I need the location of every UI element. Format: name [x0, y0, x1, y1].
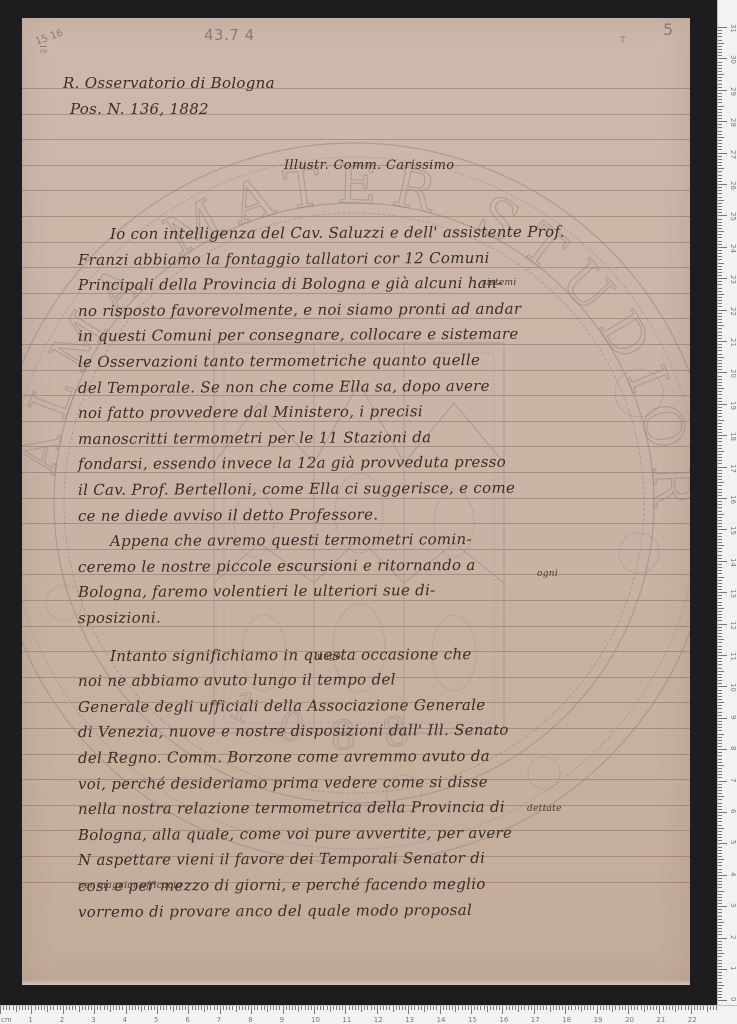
ruler-label: 8 [729, 746, 737, 750]
ruler-tick [718, 633, 722, 634]
ruler-tick [66, 1006, 67, 1010]
ruler-tick [192, 1006, 193, 1010]
ruler-tick [718, 825, 722, 826]
ruler-tick [718, 875, 727, 876]
ruler-tick [195, 1006, 196, 1010]
ruler-tick [590, 1006, 591, 1010]
ruler-tick [718, 140, 722, 141]
ruler-tick [718, 489, 722, 490]
ruler-tick [104, 1006, 105, 1010]
ruler-tick [656, 1006, 657, 1010]
ruler-tick [718, 369, 722, 370]
ruler-tick [718, 244, 722, 245]
ruler-label: 16 [499, 1016, 508, 1024]
ruler-tick [718, 831, 722, 832]
ruler-tick [718, 401, 722, 402]
ruler-tick [314, 1006, 315, 1014]
ruler-tick [718, 919, 722, 920]
ruler-tick [718, 705, 722, 706]
ruler-tick [718, 809, 722, 810]
ruler-tick [320, 1006, 321, 1010]
ruler-tick [718, 724, 722, 725]
ruler-tick [399, 1006, 400, 1010]
ruler-tick [515, 1006, 516, 1010]
ruler-label: 20 [729, 369, 737, 378]
ruler-label: 31 [729, 24, 737, 33]
ruler-tick [718, 737, 722, 738]
ruler-tick [94, 1006, 95, 1014]
ruler-tick [509, 1006, 510, 1010]
ruler-tick [718, 768, 722, 769]
ruler-tick [718, 231, 724, 232]
ruler-tick [718, 171, 722, 172]
ruler-tick [283, 1006, 284, 1014]
letter-body-line: vorremo di provare anco del quale modo p… [78, 901, 472, 921]
ruler-tick [718, 190, 722, 191]
ruler-tick [587, 1006, 588, 1010]
ruler-label: 11 [342, 1016, 351, 1024]
ruler-tick [718, 658, 722, 659]
ruler-tick [531, 1006, 532, 1010]
ruler-label: 17 [729, 464, 737, 473]
ruled-line [22, 190, 690, 191]
ruler-tick [718, 65, 722, 66]
ruler-tick [518, 1006, 519, 1012]
ruler-tick [718, 815, 722, 816]
ruler-tick [718, 931, 722, 932]
ruler-tick [718, 206, 722, 207]
ruler-tick [718, 482, 724, 483]
ruler-tick [718, 749, 727, 750]
letter-body-line: Io con intelligenza del Cav. Saluzzi e d… [110, 223, 565, 243]
ruler-tick [718, 385, 722, 386]
ruler-tick [718, 121, 727, 122]
ruler-tick [718, 592, 727, 593]
ruler-tick [718, 699, 722, 700]
ruler-tick [718, 143, 722, 144]
ruler-tick [718, 818, 722, 819]
ruler-tick [718, 934, 722, 935]
corner-mark: T [620, 36, 626, 46]
ruler-tick [718, 985, 724, 986]
ruler-tick [201, 1006, 202, 1010]
ruler-tick [628, 1006, 629, 1014]
ruler-tick [718, 906, 727, 907]
ruler-tick [396, 1006, 397, 1010]
ruler-tick [718, 690, 722, 691]
ruler-tick [154, 1006, 155, 1010]
ruler-tick [718, 344, 722, 345]
ruler-tick [116, 1006, 117, 1010]
ruler-label: 4 [729, 872, 737, 876]
ruler-tick [718, 580, 722, 581]
ruler-tick [718, 727, 722, 728]
ruler-tick [286, 1006, 287, 1010]
ruler-tick [718, 982, 722, 983]
document-viewer: ALMA MATER STUDIORUM · BOLOGNA 1088 15 1… [0, 0, 737, 1024]
ruler-tick [132, 1006, 133, 1010]
letter-body-line: Principali della Provincia di Bologna e … [78, 274, 502, 294]
ruler-tick [718, 994, 722, 995]
ruler-label: 2 [729, 935, 737, 939]
ruler-tick [122, 1006, 123, 1010]
ruler-tick [718, 319, 722, 320]
ruler-tick [718, 404, 727, 405]
ruler-tick [718, 602, 722, 603]
ruler-label: 7 [217, 1016, 221, 1024]
ruler-tick [718, 237, 722, 238]
ruler-tick [718, 388, 724, 389]
ruler-tick [718, 784, 722, 785]
ruler-tick [718, 520, 722, 521]
ruler-tick [718, 746, 722, 747]
ruler-tick [264, 1006, 265, 1010]
ruler-tick [430, 1006, 431, 1010]
ruler-tick [718, 366, 722, 367]
ruler-tick [707, 1006, 708, 1012]
ruler-tick [718, 963, 722, 964]
ruler-tick [718, 310, 727, 311]
ruler-tick [718, 241, 722, 242]
ruler-tick [19, 1006, 20, 1010]
ruler-tick [718, 912, 722, 913]
ruler-tick [79, 1006, 80, 1012]
ruler-tick [718, 448, 722, 449]
ruler-tick [72, 1006, 73, 1010]
ruler-tick [477, 1006, 478, 1010]
ruler-tick [710, 1006, 711, 1010]
ruler-tick [534, 1006, 535, 1014]
ruler-tick [718, 313, 722, 314]
ruler-tick [718, 175, 722, 176]
ruler-tick [718, 664, 722, 665]
ruler-tick [718, 790, 722, 791]
ruler-tick [718, 137, 724, 138]
ruler-tick [718, 539, 722, 540]
ruler-tick [718, 755, 722, 756]
ruler-tick [528, 1006, 529, 1010]
ruler-tick [718, 953, 724, 954]
ruler-tick [223, 1006, 224, 1010]
ruler-tick [273, 1006, 274, 1010]
fraction-sub-annotation: no [40, 46, 47, 55]
ruler-label: 1 [729, 966, 737, 970]
ruler-tick [279, 1006, 280, 1010]
ruler-tick [718, 925, 722, 926]
letter-body-line: del Regno. Comm. Borzone come avremmo av… [78, 747, 490, 767]
ruler-label: 7 [729, 778, 737, 782]
ruler-tick [308, 1006, 309, 1010]
ruler-tick [718, 338, 722, 339]
ruler-tick [718, 799, 722, 800]
ruler-tick [718, 668, 722, 669]
ruler-tick [718, 1000, 727, 1001]
ruler-tick [389, 1006, 390, 1010]
ruler-tick [718, 297, 722, 298]
ruler-tick [718, 533, 722, 534]
ruler-label: 10 [311, 1016, 320, 1024]
ruler-tick [718, 564, 722, 565]
ruler-tick [480, 1006, 481, 1010]
interlinear-note: ogni [537, 569, 558, 579]
ruler-tick [53, 1006, 54, 1010]
ruler-tick [57, 1006, 58, 1010]
ruler-tick [718, 796, 724, 797]
ruler-tick [718, 159, 722, 160]
ruler-tick [718, 118, 722, 119]
ruler-tick [718, 900, 722, 901]
ruler-tick [170, 1006, 171, 1010]
ruler-tick [47, 1006, 48, 1012]
ruled-line [22, 139, 690, 140]
ruler-label: 3 [729, 903, 737, 907]
ruler-tick [126, 1006, 127, 1014]
ruler-tick [44, 1006, 45, 1010]
ruler-tick [295, 1006, 296, 1010]
letter-body-line: noi ne abbiamo avuto lungo il tempo del [78, 670, 396, 690]
ruler-tick [251, 1006, 252, 1014]
ruler-tick [718, 153, 727, 154]
ruler-tick [524, 1006, 525, 1010]
ruler-tick [207, 1006, 208, 1010]
ruler-tick [386, 1006, 387, 1010]
ruler-tick [718, 253, 722, 254]
ruler-tick [220, 1006, 221, 1014]
ruler-tick [718, 511, 722, 512]
ruler-label: 25 [729, 212, 737, 221]
ruler-tick [718, 624, 727, 625]
vertical-scale-ruler: 3130292827262524232221201918171615141312… [717, 0, 737, 1005]
ruler-tick [718, 300, 722, 301]
ruler-tick [718, 36, 722, 37]
ruler-tick [718, 843, 727, 844]
ruler-tick [718, 420, 724, 421]
ruler-tick [718, 956, 722, 957]
ruler-tick [718, 853, 722, 854]
ruler-tick [371, 1006, 372, 1010]
ruler-tick [217, 1006, 218, 1010]
page-number: 5 [663, 20, 673, 39]
ruler-tick [226, 1006, 227, 1010]
horizontal-scale-ruler: cm12345678910111213141516171819202122 [0, 1005, 737, 1024]
ruler-tick [718, 429, 722, 430]
ruler-tick [718, 492, 722, 493]
ruler-tick [556, 1006, 557, 1010]
letter-body-line: del Temporale. Se non che come Ella sa, … [78, 377, 490, 397]
ruler-tick [3, 1006, 4, 1010]
ruler-tick [358, 1006, 359, 1010]
ruler-tick [214, 1006, 215, 1010]
ruler-tick [166, 1006, 167, 1010]
ruler-label: 8 [248, 1016, 252, 1024]
ruler-tick [465, 1006, 466, 1010]
ruler-tick [718, 197, 722, 198]
ruler-tick [718, 423, 722, 424]
ruler-label: 29 [729, 87, 737, 96]
ruler-tick [718, 184, 727, 185]
ruler-tick [653, 1006, 654, 1010]
ruler-tick [349, 1006, 350, 1010]
interlinear-note: per maggior efficacia [78, 881, 182, 891]
fraction-annotation: 15 16 [34, 27, 65, 47]
ruler-tick [718, 181, 722, 182]
ruler-tick [718, 507, 722, 508]
ruler-tick [97, 1006, 98, 1010]
ruler-tick [718, 263, 724, 264]
ruler-tick [135, 1006, 136, 1010]
ruler-tick [449, 1006, 450, 1010]
ruler-tick [718, 407, 722, 408]
letter-body-line: il Cav. Prof. Bertelloni, come Ella ci s… [78, 479, 515, 499]
ruler-tick [718, 950, 722, 951]
ruler-tick [718, 55, 722, 56]
ruler-label: 27 [729, 150, 737, 159]
ruler-label: 17 [531, 1016, 540, 1024]
ruler-tick [718, 416, 722, 417]
ruler-tick [615, 1006, 616, 1010]
ruler-tick [718, 545, 724, 546]
letter-body-line: le Osservazioni tanto termometriche quan… [78, 351, 480, 371]
ruler-tick [352, 1006, 353, 1010]
ruler-tick [718, 865, 722, 866]
ruler-tick [718, 938, 727, 939]
ruler-tick [718, 46, 722, 47]
ruler-tick [718, 777, 722, 778]
ruler-tick [718, 382, 722, 383]
interlinear-note: lungo [314, 652, 341, 662]
ruler-tick [28, 1006, 29, 1010]
ruler-tick [718, 275, 722, 276]
ruler-tick [718, 504, 722, 505]
ruler-tick [718, 803, 722, 804]
ruler-tick [641, 1006, 642, 1010]
ruler-label: cm [1, 1016, 12, 1024]
ruler-tick [718, 683, 722, 684]
ruler-tick [718, 80, 722, 81]
ruler-label: 26 [729, 181, 737, 190]
ruler-tick [499, 1006, 500, 1010]
ruler-tick [718, 781, 727, 782]
ruler-tick [718, 661, 722, 662]
ruler-tick [565, 1006, 566, 1014]
ruler-tick [160, 1006, 161, 1010]
ruler-tick [718, 58, 727, 59]
ruler-tick [718, 680, 722, 681]
ruler-tick [718, 941, 722, 942]
ruler-tick [713, 1006, 714, 1010]
ruler-tick [718, 847, 722, 848]
ruler-tick [6, 1006, 7, 1010]
ruler-tick [718, 149, 722, 150]
ruler-tick [718, 944, 722, 945]
ruler-label: 2 [60, 1016, 64, 1024]
ruler-tick [718, 102, 722, 103]
ruler-tick [718, 561, 727, 562]
ruler-tick [718, 33, 722, 34]
ruler-tick [718, 156, 722, 157]
ruler-tick [718, 765, 724, 766]
ruler-tick [718, 620, 722, 621]
ruler-tick [603, 1006, 604, 1010]
ruler-tick [718, 322, 722, 323]
letter-body-line: nella nostra relazione termometrica dell… [78, 798, 505, 818]
ruler-tick [377, 1006, 378, 1014]
ruler-tick [718, 99, 722, 100]
ruler-tick [254, 1006, 255, 1010]
ruler-label: 13 [729, 589, 737, 598]
ruler-tick [521, 1006, 522, 1010]
ruler-tick [13, 1006, 14, 1010]
ruler-tick [718, 303, 722, 304]
ruler-tick [512, 1006, 513, 1010]
ruler-tick [718, 410, 722, 411]
ruler-tick [718, 269, 722, 270]
ruler-tick [718, 234, 722, 235]
ruler-tick [718, 642, 722, 643]
ruler-tick [718, 84, 722, 85]
ruler-tick [323, 1006, 324, 1010]
ruler-tick [487, 1006, 488, 1012]
ruler-tick [718, 71, 722, 72]
ruler-tick [691, 1006, 692, 1014]
ruler-tick [402, 1006, 403, 1010]
ruler-tick [669, 1006, 670, 1010]
ruler-tick [60, 1006, 61, 1010]
ruler-label: 30 [729, 55, 737, 64]
ruler-tick [609, 1006, 610, 1010]
ruler-tick [718, 438, 722, 439]
ruler-tick [138, 1006, 139, 1010]
ruler-label: 28 [729, 118, 737, 127]
ruler-tick [91, 1006, 92, 1010]
ruler-tick [718, 671, 724, 672]
ruler-tick [718, 87, 722, 88]
ruler-tick [229, 1006, 230, 1010]
ruler-label: 19 [594, 1016, 603, 1024]
ruler-tick [718, 332, 722, 333]
ruler-label: 14 [729, 558, 737, 567]
ruler-tick [25, 1006, 26, 1010]
ruler-tick [647, 1006, 648, 1010]
ruler-tick [22, 1006, 23, 1010]
ruler-tick [718, 884, 722, 885]
ruler-tick [718, 294, 724, 295]
ruler-tick [242, 1006, 243, 1010]
ruler-tick [718, 90, 727, 91]
ruler-tick [718, 655, 727, 656]
ruler-label: 4 [123, 1016, 127, 1024]
ruler-tick [718, 617, 722, 618]
ruler-tick [718, 740, 722, 741]
ruler-tick [718, 479, 722, 480]
ruler-label: 12 [729, 621, 737, 630]
ruler-tick [718, 96, 722, 97]
ruler-tick [144, 1006, 145, 1010]
ruler-tick [333, 1006, 334, 1010]
ruler-tick [151, 1006, 152, 1010]
ruler-tick [718, 109, 722, 110]
ruler-tick [718, 793, 722, 794]
interlinear-note: sistemi [482, 278, 517, 288]
ruler-tick [718, 43, 724, 44]
ruler-tick [345, 1006, 346, 1014]
ruler-tick [718, 702, 724, 703]
ruler-tick [490, 1006, 491, 1010]
ruler-tick [718, 947, 722, 948]
ruler-tick [718, 627, 722, 628]
ruler-tick [718, 77, 722, 78]
ruler-tick [718, 228, 722, 229]
